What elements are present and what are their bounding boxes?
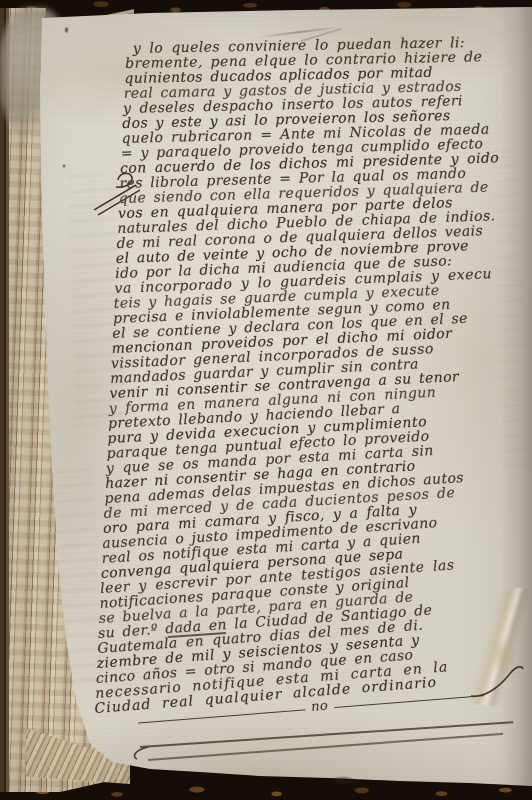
line-filler-stroke xyxy=(138,709,306,724)
trailer-word: no xyxy=(311,699,329,715)
closing-flourish-hook-icon xyxy=(468,656,526,702)
ink-smear xyxy=(330,776,356,785)
ink-speck xyxy=(62,164,66,168)
manuscript-text-block: y lo queles conviniere lo puedan hazer l… xyxy=(126,42,528,732)
manuscript-photo: y lo queles conviniere lo puedan hazer l… xyxy=(0,0,532,800)
ink-speck xyxy=(64,26,69,34)
ink-showthrough xyxy=(56,469,101,685)
line-filler-stroke xyxy=(334,695,484,708)
